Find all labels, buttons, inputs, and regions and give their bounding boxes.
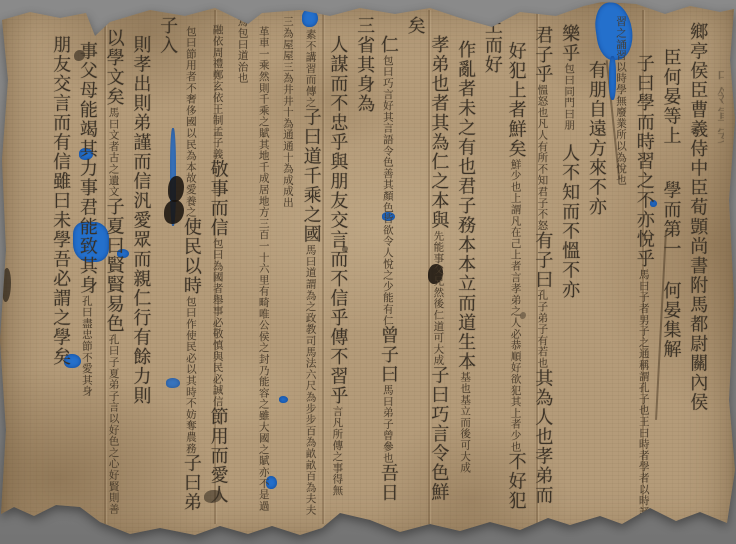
main-text: 人不知而不慍不亦 — [559, 144, 580, 300]
commentary-text: 包曰作使民必以其時不妨奪農務 — [185, 296, 197, 454]
main-text: 節用而愛人 — [208, 407, 229, 505]
commentary-text: 孔曰子夏弟子言以好色之心好賢則善 — [108, 334, 120, 515]
text-column: 樂乎包曰同門曰朋人不知而不慍不亦 — [557, 16, 581, 520]
main-text: 學而第一 — [661, 181, 682, 259]
main-text: 孝弟也者其為仁之本與 — [428, 35, 449, 230]
commentary-text: 革車一乘然則千乘之賦其地千成居地方三百一十六里有畸唯公侯之封乃能容之雖大國之賦亦… — [237, 16, 270, 512]
commentary-text: 包曰同門曰朋 — [563, 63, 575, 131]
text-column: 中領軍安 — [712, 16, 724, 520]
commentary-text: 慍怒也凡人有所不知君子不怒 — [536, 84, 548, 231]
text-column: 孝弟也者其為仁之本與先能事父兄然後仁道可大成子曰巧言令色鮮矣 — [403, 16, 451, 520]
commentary-text: 馬曰文者古之遺文 — [108, 107, 120, 197]
main-text: 鄉亭侯臣曹羲侍中臣荀顗尚書附馬都尉關內侯 — [687, 22, 708, 412]
commentary-text: 馬曰弟子曾參也 — [382, 384, 394, 463]
commentary-text: 先能事父兄然後仁道可大成 — [432, 230, 444, 366]
text-column: 作亂者未之有也君子務本本立而道生本基也基立而後可大成 — [453, 16, 477, 520]
text-column: 以學文矣馬曰文者古之遺文子夏曰賢賢易色孔曰子夏弟子言以好色之心好賢則善 — [102, 16, 126, 520]
manuscript-paper: 中領軍安鄉亭侯臣曹羲侍中臣荀顗尚書附馬都尉關內侯臣何晏等上學而第一何晏集解子曰學… — [0, 0, 736, 544]
main-text: 子曰道千乘之國 — [301, 108, 322, 245]
main-text: 好犯上者鮮矣 — [506, 42, 527, 159]
commentary-text: 言凡所傳之事得無 — [331, 406, 343, 496]
commentary-text: 孔曰盡忠節不愛其身 — [81, 295, 93, 397]
main-text: 朋友交言而有信雖曰未學吾必謂之學矣 — [50, 35, 71, 367]
main-text: 臣何晏等上 — [661, 48, 682, 146]
main-text: 曾子曰 — [378, 326, 399, 385]
main-text: 其為人也孝弟而 — [532, 369, 553, 506]
paper-shadow: 中領軍安鄉亭侯臣曹羲侍中臣荀顗尚書附馬都尉關內侯臣何晏等上學而第一何晏集解子曰學… — [0, 0, 736, 544]
text-column: 則孝出則弟謹而信汎愛眾而親仁行有餘力則 — [129, 16, 153, 520]
main-text: 敬事而信 — [208, 160, 229, 238]
text-column: 有朋自遠方來不亦 — [584, 16, 608, 520]
text-column: 好犯上者鮮矣鮮少也上謂凡在己上者言孝弟之人必恭順好欲犯其上者少也不好犯上而好 — [480, 16, 528, 520]
text-column: 人謀而不忠乎與朋友交言而不信乎傳不習乎言凡所傳之事得無 — [326, 16, 350, 520]
main-text: 子夏曰賢賢易色 — [104, 197, 125, 334]
main-text: 樂乎 — [559, 24, 580, 63]
text-column: 素不講習而傳之子曰道千乘之國馬曰道謂為之政教司馬法六尺為步步百為畝畝百為夫夫三為… — [278, 16, 323, 520]
text-column: 君子乎慍怒也凡人有所不知君子不怒有子曰孔子弟子有若也其為人也孝弟而 — [531, 16, 555, 520]
commentary-text: 包曰巧言好其言語令色善其顏色皆欲令人悅之少能有仁 — [382, 55, 394, 326]
main-text: 中領軍安 — [714, 67, 724, 145]
main-text: 有子曰 — [532, 231, 553, 290]
main-text: 仁 — [378, 35, 399, 55]
text-column: 革車一乘然則千乘之賦其地千成居地方三百一十六里有畸唯公侯之封乃能容之雖大國之賦亦… — [233, 16, 275, 520]
text-column: 子曰學而時習之不亦悅乎馬曰子者男子之通稱謂孔子也王曰時者學者以時誦習之誦習以時學… — [611, 16, 656, 520]
main-text: 何晏集解 — [661, 281, 682, 359]
text-column: 包曰節用者不奢侈國以民為本故愛養之使民以時包曰作使民必以其時不妨奪農務子曰弟子入 — [155, 16, 203, 520]
commentary-text: 基也基立而後可大成 — [459, 372, 471, 474]
main-text: 使民以時 — [181, 218, 202, 296]
main-text: 事父母能竭其力事君能致其身 — [77, 42, 98, 296]
main-text: 以學文矣 — [104, 29, 125, 107]
commentary-text: 包曰為國者舉事必敬慎與民必誠信 — [212, 238, 224, 408]
commentary-text: 鮮少也上謂凡在己上者言孝弟之人必恭順好欲犯其上者少也 — [510, 159, 522, 453]
main-text: 作亂者未之有也君子務本本立而道生本 — [455, 40, 476, 372]
commentary-text: 孔子弟子有若也 — [536, 290, 548, 369]
commentary-text: 融依周禮鄭玄依王制孟子義 — [212, 24, 224, 160]
text-column: 仁包曰巧言好其言語令色善其顏色皆欲令人悅之少能有仁曾子曰馬曰弟子曾參也吾日三省其… — [352, 16, 400, 520]
main-text: 則孝出則弟謹而信汎愛眾而親仁行有餘力則 — [130, 35, 151, 406]
commentary-text: 素不講習而傳之 — [305, 29, 317, 108]
main-text: 子曰學而時習之不亦悅乎 — [634, 54, 655, 269]
text-column: 融依周禮鄭玄依王制孟子義敬事而信包曰為國者舉事必敬慎與民必誠信節用而愛人 — [206, 16, 230, 520]
main-text: 人謀而不忠乎與朋友交言而不信乎傳不習乎 — [327, 35, 348, 406]
columns: 中領軍安鄉亭侯臣曹羲侍中臣荀顗尚書附馬都尉關內侯臣何晏等上學而第一何晏集解子曰學… — [6, 16, 724, 520]
text-column: 鄉亭侯臣曹羲侍中臣荀顗尚書附馬都尉關內侯 — [686, 16, 710, 520]
manuscript-photo: 中領軍安鄉亭侯臣曹羲侍中臣荀顗尚書附馬都尉關內侯臣何晏等上學而第一何晏集解子曰學… — [0, 0, 736, 544]
text-column: 事父母能竭其力事君能致其身孔曰盡忠節不愛其身 — [75, 16, 99, 520]
main-text: 君子乎 — [532, 26, 553, 85]
text-column: 臣何晏等上學而第一何晏集解 — [659, 16, 683, 520]
text-column: 朋友交言而有信雖曰未學吾必謂之學矣 — [48, 16, 72, 520]
main-text: 有朋自遠方來不亦 — [586, 61, 607, 217]
commentary-text: 包曰節用者不奢侈國以民為本故愛養之 — [185, 26, 197, 218]
